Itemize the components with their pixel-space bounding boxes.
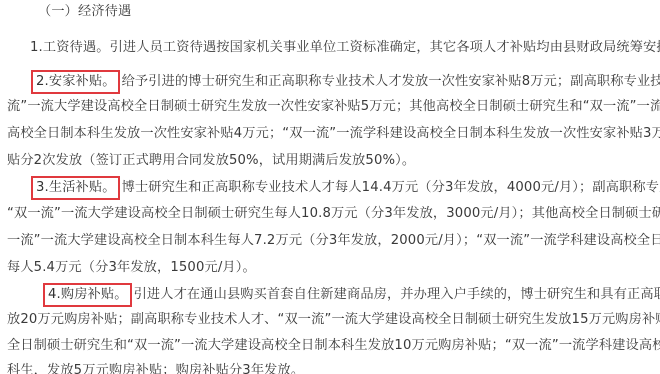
paragraph-salary: 1.工资待遇。引进人员工资待遇按国家机关事业单位工资标准确定，其它各项人才补贴均… — [30, 38, 660, 58]
highlight-box-settlement-heading: 2.安家补贴。 — [31, 70, 120, 94]
paragraph-settlement-line-4: 贴分2次发放（签订正式聘用合同发放50%，试用期满后发放50%）。 — [7, 151, 415, 171]
paragraph-living-line-2: “双一流”一流大学建设高校全日制硕士研究生每人10.8万元（分3年发放，3000… — [7, 204, 660, 224]
highlight-box-housing-heading: 4.购房补贴。 — [43, 283, 132, 307]
paragraph-housing-line-4: 科生，发放5万元购房补贴；购房补贴分3年发放。 — [7, 361, 304, 374]
housing-text: 引进人才在通山县购买首套自住新建商品房，并办理入户手续的，博士研究生和具有正高职… — [134, 287, 660, 302]
paragraph-settlement-line-1: 2.安家补贴。给予引进的博士研究生和正高职称专业技术人才发放一次性安家补贴8万元… — [36, 70, 660, 90]
paragraph-living-line-1: 3.生活补贴。博士研究生和正高职称专业技术人才每人14.4万元（分3年发放，40… — [36, 176, 660, 196]
paragraph-housing-line-1: 4.购房补贴。引进人才在通山县购买首套自住新建商品房，并办理入户手续的，博士研究… — [48, 283, 660, 303]
living-text: 博士研究生和正高职称专业技术人才每人14.4万元（分3年发放，4000元/月）；… — [122, 180, 660, 195]
paragraph-housing-line-2: 放20万元购房补贴；副高职称专业技术人才、“双一流”一流大学建设高校全日制硕士研… — [7, 310, 660, 330]
paragraph-living-line-4: 每人5.4万元（分3年发放，1500元/月）。 — [7, 258, 256, 278]
highlight-box-living-heading: 3.生活补贴。 — [31, 176, 120, 200]
paragraph-living-line-3: 一流”一流大学建设高校全日制本科生每人7.2万元（分3年发放，2000元/月）；… — [7, 231, 660, 251]
paragraph-settlement-line-3: 高校全日制本科生发放一次性安家补贴4万元；“双一流”一流学科建设高校全日制本科生… — [7, 124, 660, 144]
document-page: （一）经济待遇 1.工资待遇。引进人员工资待遇按国家机关事业单位工资标准确定，其… — [0, 0, 660, 374]
paragraph-settlement-line-2: 流”一流大学建设高校全日制硕士研究生发放一次性安家补贴5万元；其他高校全日制硕士… — [7, 97, 660, 117]
section-title: （一）经济待遇 — [38, 2, 131, 22]
settlement-text: 给予引进的博士研究生和正高职称专业技术人才发放一次性安家补贴8万元；副高职称专业… — [122, 74, 660, 89]
paragraph-housing-line-3: 全日制硕士研究生和“双一流”一流大学建设高校全日制本科生发放10万元购房补贴；“… — [7, 336, 660, 356]
